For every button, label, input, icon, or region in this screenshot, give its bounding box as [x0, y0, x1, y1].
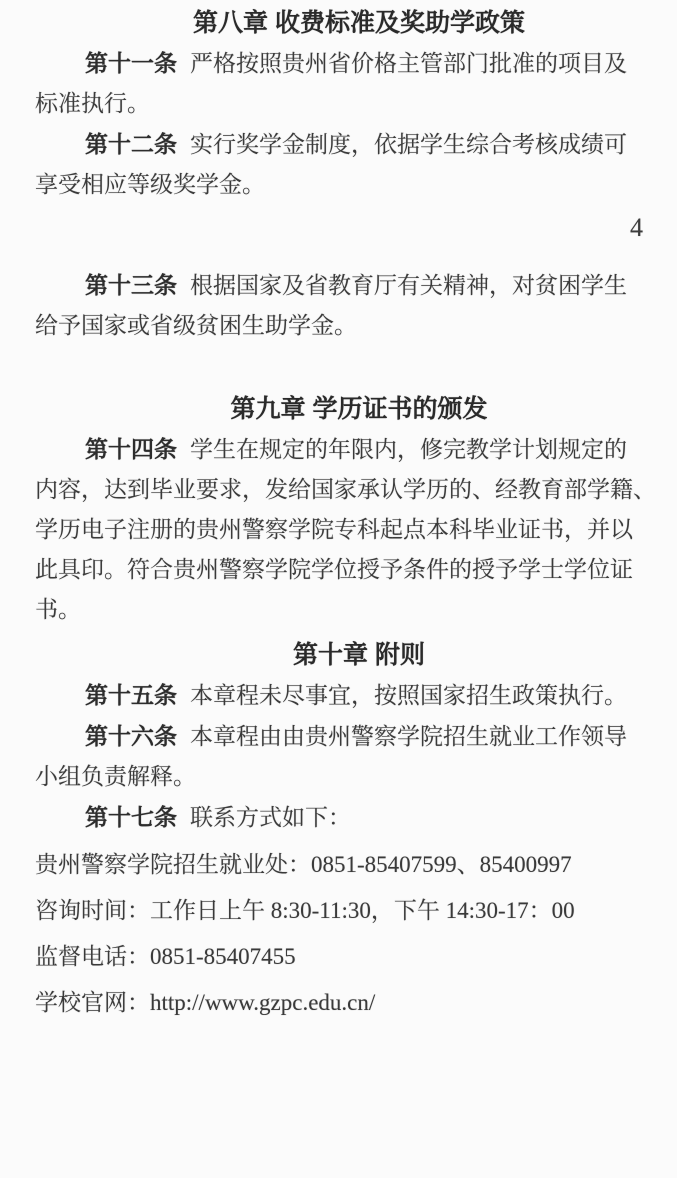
article-line: 第十三条根据国家及省教育厅有关精神，对贫困学生	[35, 265, 643, 306]
article-line: 第十四条学生在规定的年限内，修完教学计划规定的	[35, 429, 643, 470]
article-13: 第十三条根据国家及省教育厅有关精神，对贫困学生 给予国家或省级贫困生助学金。	[35, 265, 643, 346]
contact-consultation-hours: 咨询时间：工作日上午 8:30-11:30，下午 14:30-17：00	[35, 888, 643, 934]
article-12-text-line-1: 实行奖学金制度，依据学生综合考核成绩可	[190, 132, 627, 157]
article-14-text-line-4: 此具印。符合贵州警察学院学位授予条件的授予学士学位证	[35, 550, 643, 590]
article-13-text-line-1: 根据国家及省教育厅有关精神，对贫困学生	[190, 273, 627, 298]
document-page: 第八章 收费标准及奖助学政策 第十一条严格按照贵州省价格主管部门批准的项目及 标…	[0, 0, 677, 1178]
article-14: 第十四条学生在规定的年限内，修完教学计划规定的 内容，达到毕业要求，发给国家承认…	[35, 429, 643, 630]
article-line: 第十一条严格按照贵州省价格主管部门批准的项目及	[35, 43, 643, 84]
article-12-label: 第十二条	[85, 131, 177, 157]
article-11: 第十一条严格按照贵州省价格主管部门批准的项目及 标准执行。	[35, 43, 643, 124]
chapter-10-heading: 第十章 附则	[55, 635, 663, 675]
article-12-text-line-2: 享受相应等级奖学金。	[35, 165, 643, 205]
article-15-text-line-1: 本章程未尽事宜，按照国家招生政策执行。	[190, 683, 627, 708]
article-14-text-line-5: 书。	[35, 590, 643, 630]
contact-info: 贵州警察学院招生就业处：0851-85407599、85400997 咨询时间：…	[35, 842, 643, 1026]
article-13-label: 第十三条	[85, 272, 177, 298]
contact-admissions-office-phone: 贵州警察学院招生就业处：0851-85407599、85400997	[35, 842, 643, 888]
article-13-text-line-2: 给予国家或省级贫困生助学金。	[35, 306, 643, 346]
article-line: 第十七条联系方式如下：	[35, 797, 643, 838]
article-12: 第十二条实行奖学金制度，依据学生综合考核成绩可 享受相应等级奖学金。	[35, 124, 643, 205]
article-line: 第十五条本章程未尽事宜，按照国家招生政策执行。	[35, 675, 643, 716]
article-line: 第十二条实行奖学金制度，依据学生综合考核成绩可	[35, 124, 643, 165]
article-15-label: 第十五条	[85, 682, 177, 708]
article-14-text-line-3: 学历电子注册的贵州警察学院专科起点本科毕业证书，并以	[35, 510, 643, 550]
article-14-text-line-1: 学生在规定的年限内，修完教学计划规定的	[190, 437, 627, 462]
page-number: 4	[35, 208, 643, 248]
chapter-8-heading: 第八章 收费标准及奖助学政策	[55, 3, 663, 43]
article-line: 第十六条本章程由由贵州警察学院招生就业工作领导	[35, 716, 643, 757]
article-11-text-line-2: 标准执行。	[35, 84, 643, 124]
article-16-text-line-2: 小组负责解释。	[35, 757, 643, 797]
article-11-text-line-1: 严格按照贵州省价格主管部门批准的项目及	[190, 51, 627, 76]
article-11-label: 第十一条	[85, 50, 177, 76]
chapter-9-heading: 第九章 学历证书的颁发	[55, 389, 663, 429]
article-17-label: 第十七条	[85, 804, 177, 830]
article-16-label: 第十六条	[85, 723, 177, 749]
article-17-text-line-1: 联系方式如下：	[190, 805, 351, 830]
article-17: 第十七条联系方式如下：	[35, 797, 643, 838]
article-16-text-line-1: 本章程由由贵州警察学院招生就业工作领导	[190, 724, 627, 749]
article-14-text-line-2: 内容，达到毕业要求，发给国家承认学历的、经教育部学籍、	[35, 470, 643, 510]
contact-school-website: 学校官网：http://www.gzpc.edu.cn/	[35, 980, 643, 1026]
article-16: 第十六条本章程由由贵州警察学院招生就业工作领导 小组负责解释。	[35, 716, 643, 797]
contact-supervision-phone: 监督电话：0851-85407455	[35, 934, 643, 980]
article-14-label: 第十四条	[85, 436, 177, 462]
article-15: 第十五条本章程未尽事宜，按照国家招生政策执行。	[35, 675, 643, 716]
